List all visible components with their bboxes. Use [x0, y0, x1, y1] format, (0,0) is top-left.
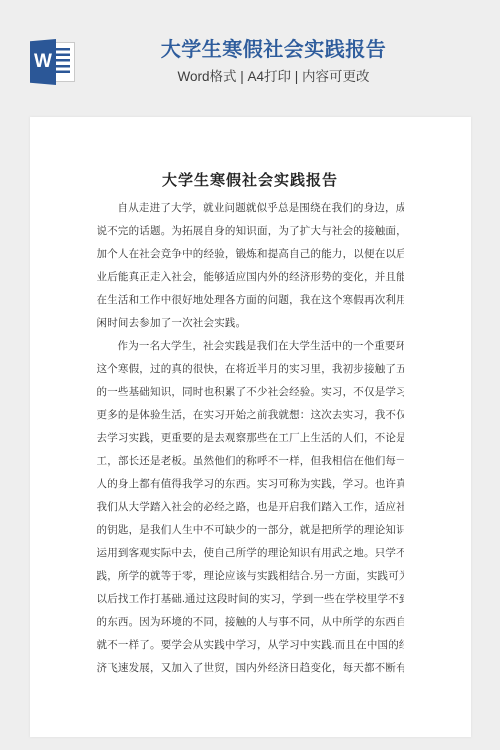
- document-line: 的一些基础知识，同时也积累了不少社会经验。实习，不仅是学习，: [97, 381, 404, 404]
- document-line: 在生活和工作中很好地处理各方面的问题，我在这个寒假再次利用空: [97, 289, 404, 312]
- document-line: 践，所学的就等于零，理论应该与实践相结合.另一方面，实践可为: [97, 565, 404, 588]
- document-line: 人的身上都有值得我学习的东西。实习可称为实践，学习。也许真是: [97, 473, 404, 496]
- document-page-preview: 大学生寒假社会实践报告 自从走进了大学，就业问题就似乎总是围绕在我们的身边，成了…: [30, 117, 471, 737]
- document-line: 我们从大学踏入社会的必经之路，也是开启我们踏入工作，适应社会: [97, 496, 404, 519]
- document-line: 就不一样了。要学会从实践中学习，从学习中实践.而且在中国的经: [97, 634, 404, 657]
- document-line: 更多的是体验生活，在实习开始之前我就想：这次去实习，我不仅是: [97, 404, 404, 427]
- document-line: 自从走进了大学，就业问题就似乎总是围绕在我们的身边，成了: [97, 197, 404, 220]
- document-body: 自从走进了大学，就业问题就似乎总是围绕在我们的身边，成了说不完的话题。为拓展自身…: [97, 197, 404, 680]
- page-title: 大学生寒假社会实践报告: [77, 38, 470, 63]
- document-title: 大学生寒假社会实践报告: [30, 117, 471, 190]
- document-line: 以后找工作打基础.通过这段时间的实习，学到一些在学校里学不到: [97, 588, 404, 611]
- header-text-block: 大学生寒假社会实践报告 Word格式 | A4打印 | 内容可更改: [77, 38, 470, 86]
- document-line: 工，部长还是老板。虽然他们的称呼不一样，但我相信在他们每一个: [97, 450, 404, 473]
- document-line: 业后能真正走入社会，能够适应国内外的经济形势的变化，并且能够: [97, 266, 404, 289]
- document-line: 的钥匙，是我们人生中不可缺少的一部分，就是把所学的理论知识，: [97, 519, 404, 542]
- document-line: 的东西。因为环境的不同，接触的人与事不同，从中所学的东西自然: [97, 611, 404, 634]
- header: W 大学生寒假社会实践报告 Word格式 | A4打印 | 内容可更改: [0, 0, 500, 86]
- document-line: 加个人在社会竞争中的经验，锻炼和提高自己的能力，以便在以后毕: [97, 243, 404, 266]
- document-line: 作为一名大学生，社会实践是我们在大学生活中的一个重要环节。: [97, 335, 404, 358]
- word-file-icon: W: [30, 38, 77, 86]
- document-line: 济飞速发展，又加入了世贸，国内外经济日趋变化，每天都不断有新: [97, 657, 404, 680]
- document-line: 闲时间去参加了一次社会实践。: [97, 312, 404, 335]
- document-line: 说不完的话题。为拓展自身的知识面，为了扩大与社会的接触面，增: [97, 220, 404, 243]
- template-preview-page: W 大学生寒假社会实践报告 Word格式 | A4打印 | 内容可更改 大学生寒…: [0, 0, 500, 750]
- document-line: 这个寒假，过的真的很快，在将近半月的实习里，我初步接触了五金: [97, 358, 404, 381]
- document-line: 运用到客观实际中去，使自己所学的理论知识有用武之地。只学不实: [97, 542, 404, 565]
- word-icon-cover: W: [30, 39, 56, 85]
- document-line: 去学习实践，更重要的是去观察那些在工厂上生活的人们，不论是普: [97, 427, 404, 450]
- format-features-label: Word格式 | A4打印 | 内容可更改: [77, 68, 470, 86]
